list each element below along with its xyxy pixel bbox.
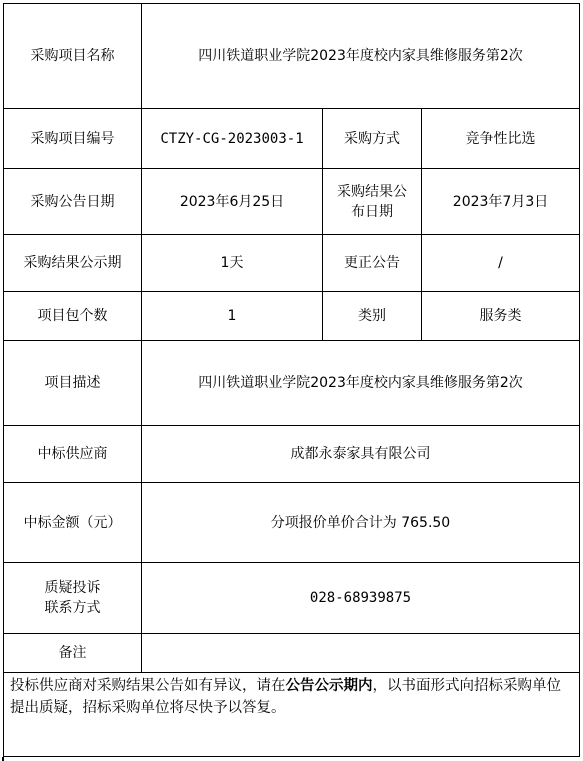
- footer-note-text-1: 投标供应商对采购结果公告如有异议，请在: [10, 678, 286, 694]
- remarks-value: [142, 634, 580, 673]
- procurement-result-notice: 采购项目名称 四川铁道职业学院2023年度校内家具维修服务第2次 采购项目编号 …: [3, 3, 579, 757]
- row-project-description: 项目描述 四川铁道职业学院2023年度校内家具维修服务第2次: [4, 341, 580, 426]
- project-description-value: 四川铁道职业学院2023年度校内家具维修服务第2次: [142, 341, 580, 426]
- row-complaint-contact: 质疑投诉 联系方式 028-68939875: [4, 563, 580, 634]
- winning-supplier-label: 中标供应商: [4, 426, 142, 483]
- package-count-label: 项目包个数: [4, 292, 142, 341]
- row-project-name: 采购项目名称 四川铁道职业学院2023年度校内家具维修服务第2次: [4, 4, 580, 109]
- remarks-label: 备注: [4, 634, 142, 673]
- project-name-value: 四川铁道职业学院2023年度校内家具维修服务第2次: [142, 4, 580, 109]
- announcement-date-label: 采购公告日期: [4, 169, 142, 235]
- complaint-contact-value: 028-68939875: [142, 563, 580, 634]
- winning-amount-label: 中标金额（元）: [4, 483, 142, 563]
- procurement-method-value: 竞争性比选: [422, 109, 580, 169]
- footer-note: 投标供应商对采购结果公告如有异议，请在公告公示期内，以书面形式向招标采购单位提出…: [4, 673, 580, 757]
- category-value: 服务类: [422, 292, 580, 341]
- project-name-label: 采购项目名称: [4, 4, 142, 109]
- row-winning-amount: 中标金额（元） 分项报价单价合计为 765.50: [4, 483, 580, 563]
- publicity-period-value: 1天: [142, 235, 323, 292]
- result-date-label: 采购结果公 布日期: [323, 169, 422, 235]
- footer-note-emphasis: 公告公示期内: [286, 678, 373, 694]
- category-label: 类别: [323, 292, 422, 341]
- procurement-method-label: 采购方式: [323, 109, 422, 169]
- row-package-count: 项目包个数 1 类别 服务类: [4, 292, 580, 341]
- announcement-date-value: 2023年6月25日: [142, 169, 323, 235]
- project-number-value: CTZY-CG-2023003-1: [142, 109, 323, 169]
- procurement-result-table: 采购项目名称 四川铁道职业学院2023年度校内家具维修服务第2次 采购项目编号 …: [3, 3, 580, 757]
- page-edge-mark: [2, 757, 4, 761]
- winning-amount-value: 分项报价单价合计为 765.50: [142, 483, 580, 563]
- publicity-period-label: 采购结果公示期: [4, 235, 142, 292]
- row-winning-supplier: 中标供应商 成都永泰家具有限公司: [4, 426, 580, 483]
- row-remarks: 备注: [4, 634, 580, 673]
- row-project-number: 采购项目编号 CTZY-CG-2023003-1 采购方式 竞争性比选: [4, 109, 580, 169]
- package-count-value: 1: [142, 292, 323, 341]
- correction-notice-label: 更正公告: [323, 235, 422, 292]
- result-date-label-line2: 布日期: [325, 202, 419, 222]
- complaint-contact-label-line2: 联系方式: [6, 598, 139, 618]
- correction-notice-value: /: [422, 235, 580, 292]
- row-publicity-period: 采购结果公示期 1天 更正公告 /: [4, 235, 580, 292]
- result-date-label-line1: 采购结果公: [325, 182, 419, 202]
- winning-supplier-value: 成都永泰家具有限公司: [142, 426, 580, 483]
- project-number-label: 采购项目编号: [4, 109, 142, 169]
- project-description-label: 项目描述: [4, 341, 142, 426]
- complaint-contact-label-line1: 质疑投诉: [6, 578, 139, 598]
- row-dates: 采购公告日期 2023年6月25日 采购结果公 布日期 2023年7月3日: [4, 169, 580, 235]
- complaint-contact-label: 质疑投诉 联系方式: [4, 563, 142, 634]
- result-date-value: 2023年7月3日: [422, 169, 580, 235]
- row-footer-note: 投标供应商对采购结果公告如有异议，请在公告公示期内，以书面形式向招标采购单位提出…: [4, 673, 580, 757]
